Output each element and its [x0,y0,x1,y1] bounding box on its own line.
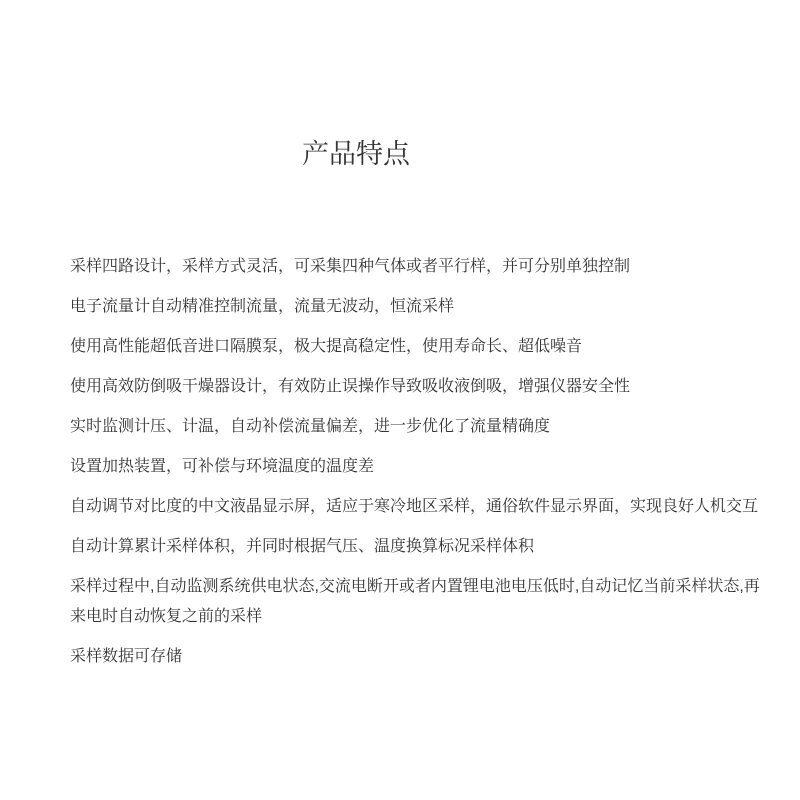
feature-item-lcd-display: 自动调节对比度的中文液晶显示屏，适应于寒冷地区采样，通俗软件显示界面，实现良好人… [70,492,760,522]
feature-item-heating-device: 设置加热装置，可补偿与环境温度的温度差 [70,452,760,482]
feature-item-anti-backflow-dryer: 使用高效防倒吸干燥器设计，有效防止误操作导致吸收液倒吸，增强仪器安全性 [70,372,760,402]
product-features-page: 产品特点 采样四路设计，采样方式灵活，可采集四种气体或者平行样，并可分别单独控制… [0,0,800,800]
page-title: 产品特点 [0,0,712,170]
feature-item-sampling-channels: 采样四路设计，采样方式灵活，可采集四种气体或者平行样，并可分别单独控制 [70,252,760,282]
feature-item-pressure-temp-monitor: 实时监测计压、计温，自动补偿流量偏差，进一步优化了流量精确度 [70,412,760,442]
feature-item-power-monitoring-resume: 采样过程中,自动监测系统供电状态,交流电断开或者内置锂电池电压低时,自动记忆当前… [70,572,760,632]
feature-item-volume-calculation: 自动计算累计采样体积，并同时根据气压、温度换算标况采样体积 [70,532,760,562]
feature-item-data-storage: 采样数据可存储 [70,642,760,672]
feature-list: 采样四路设计，采样方式灵活，可采集四种气体或者平行样，并可分别单独控制 电子流量… [70,252,760,672]
feature-item-flow-meter: 电子流量计自动精准控制流量，流量无波动，恒流采样 [70,292,760,322]
feature-item-diaphragm-pump: 使用高性能超低音进口隔膜泵，极大提高稳定性，使用寿命长、超低噪音 [70,332,760,362]
